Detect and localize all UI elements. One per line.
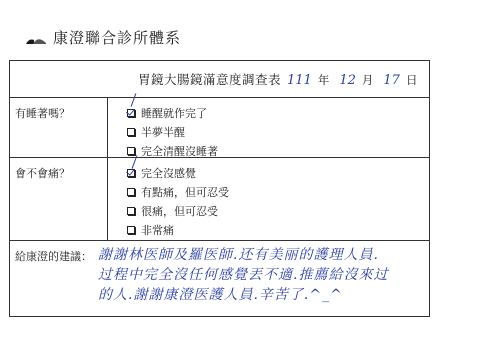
option-label: 非常痛 xyxy=(141,222,174,238)
checkbox-icon[interactable] xyxy=(127,147,135,155)
option-label: 半夢半醒 xyxy=(141,124,185,140)
year-unit: 年 xyxy=(318,72,330,88)
option-label: 很痛，但可忍受 xyxy=(141,203,218,219)
option-slight-pain[interactable]: 有點痛，但可忍受 xyxy=(127,182,229,201)
option-extremely-painful[interactable]: 非常痛 xyxy=(127,220,229,239)
form-title-line: 胃鏡大腸鏡滿意度調查表 111 年 12 月 17 日 xyxy=(138,70,427,88)
options-list: 睡醒就作完了 半夢半醒 完全清醒沒睡著 xyxy=(127,103,218,160)
question-pain: 會不會痛？ 完全沒感覺 有點痛，但可忍受 很痛，但可忍受 非常痛 xyxy=(10,158,429,241)
handwritten-line: 的人.謝謝康澄医護人員.辛苦了.^_^ xyxy=(98,285,428,305)
checkbox-icon[interactable] xyxy=(127,207,135,215)
question-sleep: 有睡著嗎？ 睡醒就作完了 半夢半醒 完全清醒沒睡著 xyxy=(10,98,429,158)
checkbox-icon[interactable] xyxy=(127,128,135,136)
clinic-name: 康澄聯合診所體系 xyxy=(53,27,181,48)
handwritten-line: 过程中完全沒任何感覺丟不適.推薦給沒來过 xyxy=(98,265,428,285)
option-fell-asleep[interactable]: 睡醒就作完了 xyxy=(127,103,218,122)
option-label: 完全沒感覺 xyxy=(141,165,196,181)
clinic-logo-icon xyxy=(25,32,47,44)
date-month[interactable]: 12 xyxy=(339,73,356,88)
suggestion-text[interactable]: 謝謝林医師及羅医師.还有美丽的護理人員. 过程中完全沒任何感覺丟不適.推薦給沒來… xyxy=(98,245,428,305)
suggestion-label: 給康澄的建議： xyxy=(15,248,92,264)
date-year[interactable]: 111 xyxy=(287,73,312,88)
option-label: 有點痛，但可忍受 xyxy=(141,184,229,200)
day-unit: 日 xyxy=(406,72,418,88)
handwritten-line: 謝謝林医師及羅医師.还有美丽的護理人員. xyxy=(98,245,428,265)
option-half-awake[interactable]: 半夢半醒 xyxy=(127,122,218,141)
survey-form: 胃鏡大腸鏡滿意度調查表 111 年 12 月 17 日 有睡著嗎？ 睡醒就作完了… xyxy=(9,60,430,317)
option-label: 完全清醒沒睡著 xyxy=(141,143,218,159)
month-unit: 月 xyxy=(362,72,374,88)
checkbox-icon[interactable] xyxy=(127,188,135,196)
option-very-painful-bearable[interactable]: 很痛，但可忍受 xyxy=(127,201,229,220)
checkbox-checked-icon[interactable] xyxy=(127,109,135,117)
option-no-feeling[interactable]: 完全沒感覺 xyxy=(127,163,229,182)
option-label: 睡醒就作完了 xyxy=(141,105,207,121)
checkbox-icon[interactable] xyxy=(127,226,135,234)
options-list: 完全沒感覺 有點痛，但可忍受 很痛，但可忍受 非常痛 xyxy=(127,163,229,239)
brand-header: 康澄聯合診所體系 xyxy=(25,27,181,48)
form-title-row: 胃鏡大腸鏡滿意度調查表 111 年 12 月 17 日 xyxy=(10,61,429,98)
form-title: 胃鏡大腸鏡滿意度調查表 xyxy=(138,70,281,88)
date-day[interactable]: 17 xyxy=(383,73,400,88)
checkbox-checked-icon[interactable] xyxy=(127,169,135,177)
question-label: 有睡著嗎？ xyxy=(10,98,108,157)
question-label: 會不會痛？ xyxy=(10,158,108,240)
suggestion-row: 給康澄的建議： 謝謝林医師及羅医師.还有美丽的護理人員. 过程中完全沒任何感覺丟… xyxy=(10,241,429,317)
